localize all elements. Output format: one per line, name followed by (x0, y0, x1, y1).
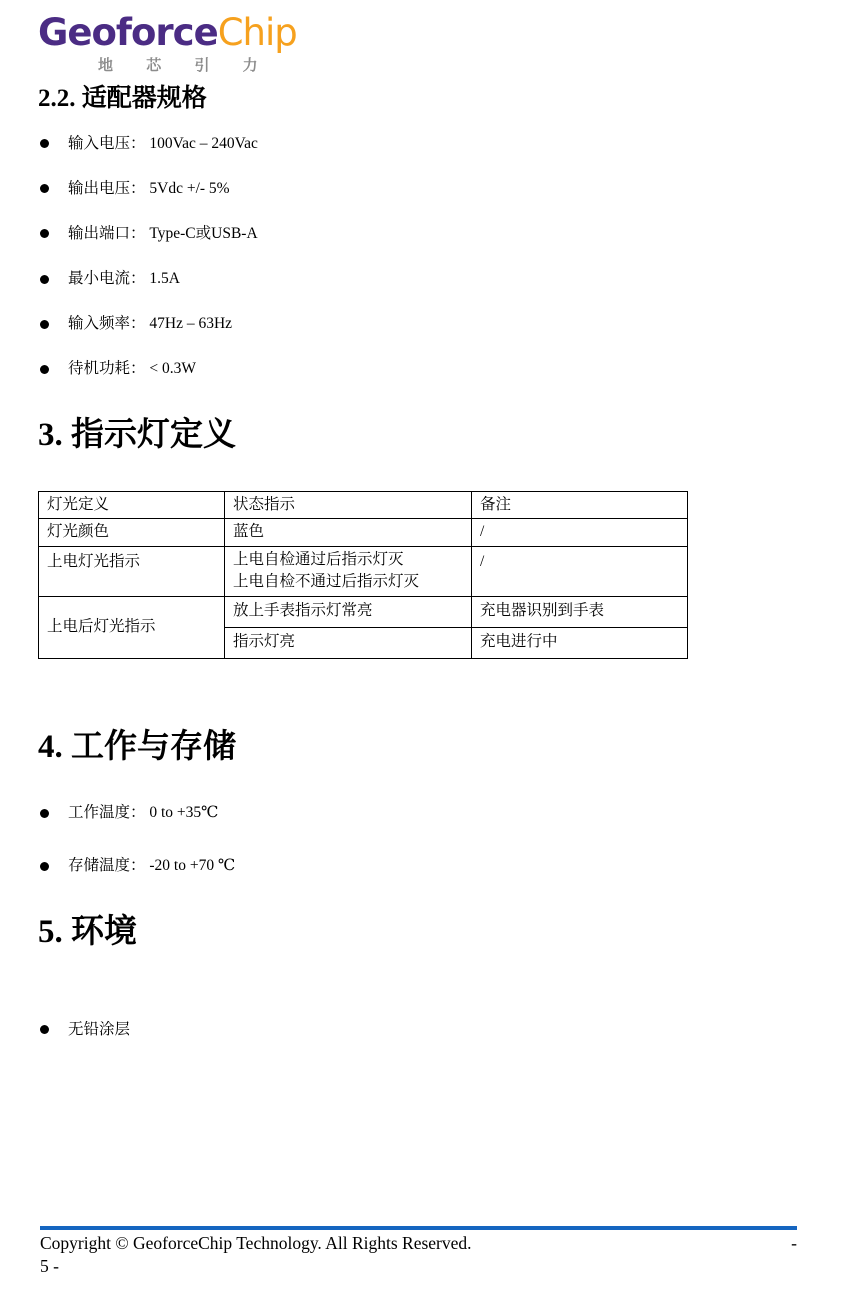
table-cell: 充电进行中 (472, 627, 688, 658)
table-cell: / (472, 519, 688, 546)
table-cell: 上电后灯光指示 (39, 596, 225, 658)
bullet-icon (40, 1025, 49, 1034)
list-item: 输入电压： 100Vac – 240Vac (40, 135, 800, 152)
table-cell: 放上手表指示灯常亮 (225, 596, 472, 627)
table-cell: 上电灯光指示 (39, 546, 225, 596)
bullet-text: 最小电流： 1.5A (68, 270, 180, 287)
bullet-text: 存储温度： -20 to +70 ℃ (68, 857, 235, 874)
bullet-icon (40, 320, 49, 329)
bullet-text: 无铅涂层 (68, 1021, 130, 1038)
bullet-text: 待机功耗： < 0.3W (68, 360, 196, 377)
logo-wordmark: GeoforceChip (38, 14, 800, 53)
table-row: 上电灯光指示 上电自检通过后指示灯灭 上电自检不通过后指示灯灭 / (39, 546, 688, 596)
table-header-cell: 灯光定义 (39, 491, 225, 518)
operation-storage-list: 工作温度： 0 to +35℃ 存储温度： -20 to +70 ℃ (38, 804, 800, 874)
bullet-text: 输入频率： 47Hz – 63Hz (68, 315, 232, 332)
table-cell: / (472, 546, 688, 596)
bullet-icon (40, 275, 49, 284)
list-item: 待机功耗： < 0.3W (40, 360, 800, 377)
list-item: 存储温度： -20 to +70 ℃ (40, 857, 800, 874)
list-item: 无铅涂层 (40, 1021, 800, 1038)
bullet-text: 输出电压： 5Vdc +/- 5% (68, 180, 230, 197)
heading-adapter-spec: 2.2. 适配器规格 (38, 84, 800, 114)
copyright-text: Copyright © GeoforceChip Technology. All… (40, 1233, 472, 1254)
list-item: 输出端口： Type-C或USB-A (40, 225, 800, 242)
bullet-text: 工作温度： 0 to +35℃ (68, 804, 219, 821)
logo-brand-primary: Geoforce (38, 11, 218, 54)
heading-indicator-definition: 3. 指示灯定义 (38, 413, 800, 458)
page-footer: Copyright © GeoforceChip Technology. All… (40, 1226, 797, 1277)
table-header-cell: 状态指示 (225, 491, 472, 518)
table-cell: 蓝色 (225, 519, 472, 546)
page-number: 5 - (40, 1256, 797, 1277)
table-row: 灯光颜色 蓝色 / (39, 519, 688, 546)
bullet-icon (40, 229, 49, 238)
table-cell-line: 上电自检不通过后指示灯灭 (233, 571, 463, 593)
table-cell: 上电自检通过后指示灯灭 上电自检不通过后指示灯灭 (225, 546, 472, 596)
table-header-row: 灯光定义 状态指示 备注 (39, 491, 688, 518)
table-cell: 充电器识别到手表 (472, 596, 688, 627)
table-header-cell: 备注 (472, 491, 688, 518)
document-page: GeoforceChip 地 芯 引 力 2.2. 适配器规格 输入电压： 10… (0, 0, 860, 1312)
bullet-icon (40, 862, 49, 871)
bullet-icon (40, 365, 49, 374)
list-item: 最小电流： 1.5A (40, 270, 800, 287)
table-row: 上电后灯光指示 放上手表指示灯常亮 充电器识别到手表 (39, 596, 688, 627)
footer-rule (40, 1226, 797, 1230)
bullet-icon (40, 184, 49, 193)
list-item: 输出电压： 5Vdc +/- 5% (40, 180, 800, 197)
table-cell-line: 上电自检通过后指示灯灭 (233, 549, 463, 571)
heading-operation-storage: 4. 工作与存储 (38, 725, 800, 770)
list-item: 输入频率： 47Hz – 63Hz (40, 315, 800, 332)
bullet-icon (40, 139, 49, 148)
logo-brand-secondary: Chip (218, 11, 297, 54)
bullet-text: 输出端口： Type-C或USB-A (68, 225, 258, 242)
list-item: 工作温度： 0 to +35℃ (40, 804, 800, 821)
table-cell: 指示灯亮 (225, 627, 472, 658)
bullet-icon (40, 809, 49, 818)
page-number-dash: - (791, 1233, 797, 1254)
adapter-spec-list: 输入电压： 100Vac – 240Vac 输出电压： 5Vdc +/- 5% … (38, 135, 800, 377)
indicator-table: 灯光定义 状态指示 备注 灯光颜色 蓝色 / 上电灯光指示 上电自检通过后指示灯… (38, 491, 688, 659)
environment-list: 无铅涂层 (38, 1021, 800, 1038)
bullet-text: 输入电压： 100Vac – 240Vac (68, 135, 258, 152)
logo: GeoforceChip 地 芯 引 力 (38, 14, 800, 75)
logo-subtitle: 地 芯 引 力 (38, 54, 800, 75)
heading-environment: 5. 环境 (38, 910, 800, 955)
table-cell: 灯光颜色 (39, 519, 225, 546)
